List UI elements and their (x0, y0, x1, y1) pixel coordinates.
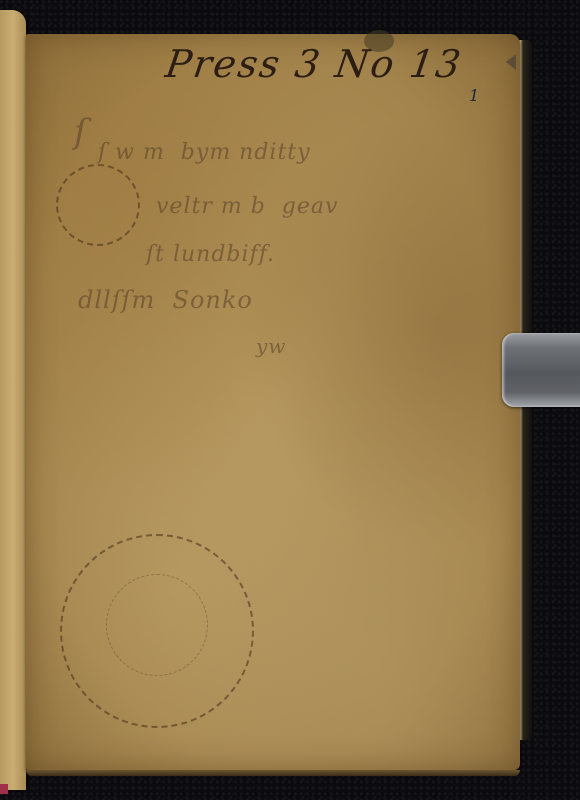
faint-ring-upper (56, 164, 140, 246)
faint-line-4: dllſſm Sonko (78, 286, 253, 314)
folio-number: 1 (469, 86, 479, 105)
left-page-edge (0, 10, 26, 790)
red-edge-mark (0, 784, 8, 794)
faint-initial: ſ (74, 112, 88, 152)
page-bottom-edge (26, 770, 520, 776)
corner-tab (506, 54, 516, 70)
circular-stain-inner (106, 574, 208, 676)
flyleaf-page: Press 3 No 13 1 ſ ſ w m bym nditty veltr… (26, 34, 520, 770)
faint-line-1: ſ w m bym nditty (98, 140, 311, 165)
faint-line-2: veltr m b geav (156, 194, 338, 219)
manuscript-photo: Press 3 No 13 1 ſ ſ w m bym nditty veltr… (0, 0, 580, 800)
faint-line-5: yw (256, 334, 286, 358)
metal-clasp (502, 333, 580, 407)
faint-line-3: ſt lundbiff. (146, 242, 275, 267)
shelfmark-inscription: Press 3 No 13 (163, 42, 465, 86)
